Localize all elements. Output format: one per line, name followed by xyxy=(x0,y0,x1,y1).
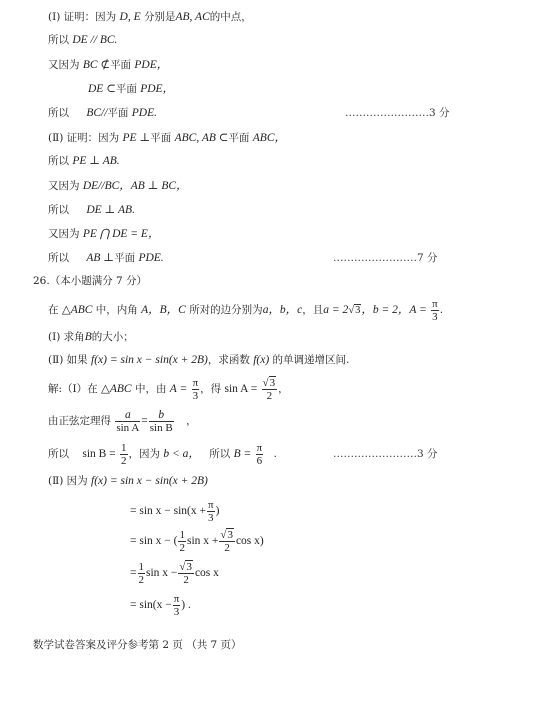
problem-26-header: 26.（本小题满分 7 分） xyxy=(33,274,147,288)
part1-line-2: 所以 DE // BC. xyxy=(48,33,117,47)
math: A，B，C xyxy=(141,304,186,316)
question-1: (Ⅰ) 求角B的大小； xyxy=(48,330,134,344)
part2-line-6: 所以 AB ⊥平面 PDE. xyxy=(48,251,164,265)
math: AB, AC xyxy=(175,11,209,23)
math: = xyxy=(141,415,148,427)
text: 平面 xyxy=(107,107,128,119)
label: 解:（Ⅰ）在 xyxy=(48,383,98,395)
numerator: 1 xyxy=(120,442,128,455)
part2-line-2: 所以 PE ⊥ AB. xyxy=(48,154,120,168)
numerator: π xyxy=(431,298,439,311)
numerator: b xyxy=(149,409,174,422)
fraction: 12 xyxy=(120,442,128,467)
part2-line-1: (Ⅱ) 证明：因为 PE ⊥平面 ABC, AB ⊂平面 ABC， xyxy=(48,131,286,145)
part1-line-3: 又因为 BC ⊄平面 PDE， xyxy=(48,58,168,72)
math: B = xyxy=(234,448,252,460)
radicand: 3 xyxy=(226,528,234,541)
math: ABC， xyxy=(253,132,286,144)
denominator: 2 xyxy=(120,455,128,467)
text: 的大小； xyxy=(92,331,134,343)
math: f(x) = sin x − sin(x + 2B) xyxy=(91,354,208,366)
part1-line-4: DE ⊂平面 PDE， xyxy=(88,82,174,96)
math: B xyxy=(85,331,92,343)
math: △ABC xyxy=(101,383,132,395)
text: ，且 xyxy=(302,304,323,316)
math: sin B = xyxy=(82,448,115,460)
denominator: 2 xyxy=(262,390,278,402)
fraction: √32 xyxy=(219,529,235,554)
math: b < a， xyxy=(163,448,200,460)
fraction: √32 xyxy=(178,561,194,586)
math: sin x − xyxy=(146,567,177,579)
label: 所以 xyxy=(48,204,69,216)
text: 的中点， xyxy=(210,11,252,23)
denominator: sin A xyxy=(115,422,140,434)
denominator: 3 xyxy=(192,390,200,402)
math: PDE， xyxy=(140,83,174,95)
math: DE ⊂ xyxy=(88,83,116,95)
part1-line-5: 所以 BC//平面 PDE. xyxy=(48,106,157,120)
text: ， xyxy=(186,415,197,427)
label: 所以 xyxy=(48,448,69,460)
equation-step-3: =12sin x −√32cos x xyxy=(130,558,219,588)
solution-line-4: (Ⅱ) 因为 f(x) = sin x − sin(x + 2B) xyxy=(48,474,208,488)
text: 中，内角 xyxy=(96,304,138,316)
label: 所以 xyxy=(48,155,69,167)
label: (Ⅱ) 证明：因为 xyxy=(48,132,119,144)
math: D, E xyxy=(120,11,141,23)
denominator: 2 xyxy=(138,574,146,586)
page-footer: 数学试卷答案及评分参考第 2 页 （共 7 页） xyxy=(33,638,242,652)
numerator: π xyxy=(173,593,181,606)
text: ，得 xyxy=(200,383,221,395)
fraction: π3 xyxy=(173,593,181,618)
text: 在 xyxy=(48,304,59,316)
math: = sin x − ( xyxy=(130,535,177,547)
denominator: 3 xyxy=(207,512,215,524)
math: sin x + xyxy=(187,535,218,547)
text: 平面 xyxy=(114,252,135,264)
label: 又因为 xyxy=(48,180,80,192)
label: (Ⅰ) 证明：因为 xyxy=(48,11,116,23)
math: DE // BC. xyxy=(72,34,117,46)
denominator: 3 xyxy=(431,311,439,323)
text: 的单调递增区间. xyxy=(273,354,350,366)
numerator: √3 xyxy=(262,377,278,390)
numerator: π xyxy=(192,377,200,390)
fraction: π3 xyxy=(431,298,439,323)
text: 平面 xyxy=(116,83,137,95)
fraction: √32 xyxy=(262,377,278,402)
math: = sin x − sin(x + xyxy=(130,505,206,517)
math: PDE， xyxy=(134,59,168,71)
text: ，求函数 xyxy=(208,354,250,366)
math: PE ⋂ DE = E， xyxy=(83,228,160,240)
math: a = 2 xyxy=(323,304,348,316)
sqrt: √3 xyxy=(348,304,361,316)
math: f(x) xyxy=(253,354,269,366)
denominator: 2 xyxy=(178,542,186,554)
math: BC// xyxy=(86,107,107,119)
math: cos x xyxy=(195,567,219,579)
math: sin A = xyxy=(225,383,258,395)
label: 所以 xyxy=(48,34,69,46)
numerator: π xyxy=(256,442,264,455)
text: 平面 xyxy=(150,132,171,144)
solution-line-2: 由正弦定理得 asin A=bsin B ， xyxy=(48,406,197,436)
text: 平面 xyxy=(110,59,131,71)
radicand: 3 xyxy=(269,376,277,389)
denominator: 3 xyxy=(173,606,181,618)
numerator: π xyxy=(207,499,215,512)
equation-step-1: = sin x − sin(x +π3) xyxy=(130,496,219,526)
fraction: 12 xyxy=(178,529,186,554)
equation-step-2: = sin x − (12sin x +√32cos x) xyxy=(130,526,264,556)
text: . xyxy=(440,304,443,316)
fraction: π6 xyxy=(256,442,264,467)
score-3-points: ……………………3 分 xyxy=(345,106,450,120)
part2-line-4: 所以 DE ⊥ AB. xyxy=(48,203,135,217)
math: f(x) = sin x − sin(x + 2B) xyxy=(91,475,208,487)
denominator: sin B xyxy=(149,422,174,434)
equation-step-4: = sin(x −π3) . xyxy=(130,590,191,620)
score-7-points: ……………………7 分 xyxy=(333,251,438,265)
fraction: π3 xyxy=(207,499,215,524)
part2-line-5: 又因为 PE ⋂ DE = E， xyxy=(48,227,159,241)
math: DE ⊥ AB. xyxy=(86,204,135,216)
fraction: bsin B xyxy=(149,409,174,434)
part2-line-3: 又因为 DE//BC，AB ⊥ BC， xyxy=(48,179,188,193)
math: △ABC xyxy=(62,304,93,316)
math: ，b = 2，A = xyxy=(361,304,426,316)
label: 所以 xyxy=(48,252,69,264)
math: DE//BC，AB ⊥ BC， xyxy=(83,180,188,192)
label: 又因为 xyxy=(48,228,80,240)
math: PDE. xyxy=(138,252,163,264)
math: PE ⊥ xyxy=(123,132,151,144)
label: (Ⅰ) 求角 xyxy=(48,331,85,343)
math: BC ⊄ xyxy=(83,59,110,71)
math: cos x) xyxy=(236,535,264,547)
text: ， xyxy=(278,383,289,395)
numerator: √3 xyxy=(178,561,194,574)
denominator: 6 xyxy=(256,455,264,467)
label: (Ⅱ) 如果 xyxy=(48,354,88,366)
problem-26-stem: 在 △ABC 中，内角 A，B，C 所对的边分别为a，b，c，且a = 2√3，… xyxy=(48,296,443,324)
math: a，b，c xyxy=(263,304,303,316)
math: PE ⊥ AB. xyxy=(72,155,119,167)
text: 所以 xyxy=(209,448,230,460)
text: ，因为 xyxy=(129,448,161,460)
math: ABC, AB ⊂ xyxy=(175,132,229,144)
denominator: 2 xyxy=(178,574,194,586)
label: 由正弦定理得 xyxy=(48,415,111,427)
solution-line-1: 解:（Ⅰ）在 △ABC 中，由 A = π3，得 sin A = √32， xyxy=(48,374,289,404)
math: ) xyxy=(216,505,220,517)
question-2: (Ⅱ) 如果 f(x) = sin x − sin(x + 2B)，求函数 f(… xyxy=(48,353,349,367)
text: 所对的边分别为 xyxy=(189,304,263,316)
score-3-points-solution: ……………………3 分 xyxy=(333,447,438,461)
text: 平面 xyxy=(228,132,249,144)
label: 所以 xyxy=(48,107,69,119)
math: = sin(x − xyxy=(130,599,172,611)
fraction: asin A xyxy=(115,409,140,434)
math: AB ⊥ xyxy=(86,252,114,264)
solution-line-3: 所以 sin B = 12，因为 b < a， 所以 B = π6 . xyxy=(48,439,277,469)
fraction: 12 xyxy=(138,561,146,586)
text: 分别是 xyxy=(144,11,176,23)
math: = xyxy=(130,567,137,579)
part1-line-1: (Ⅰ) 证明：因为 D, E 分别是AB, AC的中点， xyxy=(48,10,252,24)
denominator: 2 xyxy=(219,542,235,554)
math: PDE. xyxy=(132,107,157,119)
fraction: π3 xyxy=(192,377,200,402)
numerator: 1 xyxy=(178,529,186,542)
text: . xyxy=(273,448,276,460)
numerator: a xyxy=(115,409,140,422)
text: 中，由 xyxy=(135,383,167,395)
math: A = xyxy=(170,383,187,395)
numerator: √3 xyxy=(219,529,235,542)
math: ) . xyxy=(181,599,191,611)
radicand: 3 xyxy=(185,560,193,573)
label: (Ⅱ) 因为 xyxy=(48,475,88,487)
numerator: 1 xyxy=(138,561,146,574)
label: 又因为 xyxy=(48,59,80,71)
